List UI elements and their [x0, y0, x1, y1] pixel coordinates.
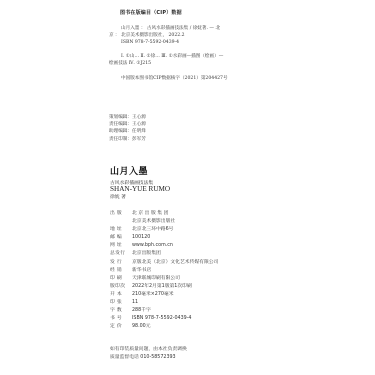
- pub-value: ISBN 978-7-5592-0439-4: [132, 315, 191, 323]
- pub-label: 字 数: [110, 307, 132, 315]
- pub-label: 定 价: [110, 323, 132, 331]
- editor-name: 彭军芳: [132, 137, 146, 142]
- pub-row-format: 开 本 210毫米×270毫米: [110, 291, 218, 299]
- cip-line: 山月入墨 ： 古风水彩插画技法集 / 徐妩著. — 北: [109, 25, 279, 32]
- pub-row-address: 地 址 北京北三环中路6号: [110, 226, 218, 234]
- pub-value: 北京出版集团: [132, 250, 161, 258]
- pub-label: 地 址: [110, 226, 132, 234]
- editor-role: 策划编辑: [109, 115, 127, 120]
- pub-value: 天津联城印刷有限公司: [132, 275, 180, 283]
- editor-row: 策划编辑：王心源: [109, 114, 146, 121]
- pub-value: 新华书店: [132, 267, 151, 275]
- pub-value: 北 京 出 版 集 团: [132, 210, 168, 218]
- pub-label: 总发行: [110, 250, 132, 258]
- pub-row-distributor-general: 总发行 北京出版集团: [110, 250, 218, 258]
- pub-row-price: 定 价 98.00元: [110, 323, 218, 331]
- pub-row-website: 网 址 www.bph.com.cn: [110, 242, 218, 250]
- pub-label: 出 版: [110, 210, 132, 218]
- notice-line: 如有印装质量问题，由本社负责调换: [110, 346, 187, 354]
- pub-row-distributor: 发 行 京版北美（北京）文化艺术传媒有限公司: [110, 259, 218, 267]
- cip-classification: 绘画技法 Ⅳ. ①J215: [109, 60, 279, 67]
- editor-credits: 策划编辑：王心源 责任编辑：王心源 助理编辑：任明烽 责任印制：彭军芳: [109, 114, 146, 143]
- editor-name: 王心源: [132, 122, 146, 127]
- pub-row-publisher: 出 版 北 京 出 版 集 团: [110, 210, 218, 218]
- cip-record: 山月入墨 ： 古风水彩插画技法集 / 徐妩著. — 北 京 ： 北京美术摄影出版…: [109, 25, 279, 67]
- cip-isbn: ISBN 978-7-5592-0439-4: [109, 39, 279, 46]
- pub-value: 100120: [132, 234, 150, 242]
- notice-phone: 质量监督电话 010-58572393: [110, 354, 187, 362]
- pub-row-printer: 印 刷 天津联城印刷有限公司: [110, 275, 218, 283]
- book-title: 山月入墨: [110, 164, 148, 177]
- pub-row-wordcount: 字 数 288千字: [110, 307, 218, 315]
- pub-value: 2022年2月第1版第1次印刷: [132, 283, 192, 291]
- pub-value: 11: [132, 299, 138, 307]
- book-pinyin-title: SHAN-YUE RUMO: [110, 185, 170, 193]
- cip-classification: Ⅰ. ①山… Ⅱ. ①徐… Ⅲ. ①水彩画—插图（绘画）—: [109, 53, 279, 60]
- editor-role: 责任印制: [109, 137, 127, 142]
- copyright-page: 图书在版编目（CIP）数据 山月入墨 ： 古风水彩插画技法集 / 徐妩著. — …: [0, 0, 375, 375]
- pub-label: 版印次: [110, 283, 132, 291]
- pub-row-publisher-sub: 北京美术摄影出版社: [110, 218, 218, 226]
- editor-name: 任明烽: [132, 129, 146, 134]
- pub-label: 邮 编: [110, 234, 132, 242]
- pub-value: 北京北三环中路6号: [132, 226, 173, 234]
- pub-label: 开 本: [110, 291, 132, 299]
- editor-row: 助理编辑：任明烽: [109, 128, 146, 135]
- pub-label: 网 址: [110, 242, 132, 250]
- editor-name: 王心源: [132, 115, 146, 120]
- pub-label: 经 销: [110, 267, 132, 275]
- pub-label: [110, 218, 132, 226]
- editor-role: 助理编辑: [109, 129, 127, 134]
- pub-value: 京版北美（北京）文化艺术传媒有限公司: [132, 259, 218, 267]
- editor-row: 责任印制：彭军芳: [109, 136, 146, 143]
- spacer: [109, 46, 279, 53]
- cip-number: 中国版本图书馆CIP数据核字（2021）第204427号: [121, 75, 228, 81]
- quality-notice: 如有印装质量问题，由本社负责调换 质量监督电话 010-58572393: [110, 346, 187, 362]
- editor-row: 责任编辑：王心源: [109, 121, 146, 128]
- pub-label: 印 刷: [110, 275, 132, 283]
- pub-row-edition: 版印次 2022年2月第1版第1次印刷: [110, 283, 218, 291]
- pub-row-postcode: 邮 编 100120: [110, 234, 218, 242]
- pub-label: 印 张: [110, 299, 132, 307]
- pub-value: 98.00元: [132, 323, 151, 331]
- pub-value: www.bph.com.cn: [132, 242, 173, 250]
- pub-row-seller: 经 销 新华书店: [110, 267, 218, 275]
- publication-info: 出 版 北 京 出 版 集 团 北京美术摄影出版社 地 址 北京北三环中路6号 …: [110, 210, 218, 331]
- pub-value: 210毫米×270毫米: [132, 291, 174, 299]
- editor-role: 责任编辑: [109, 122, 127, 127]
- pub-label: 发 行: [110, 259, 132, 267]
- pub-value: 北京美术摄影出版社: [132, 218, 175, 226]
- pub-row-sheets: 印 张 11: [110, 299, 218, 307]
- cip-heading: 图书在版编目（CIP）数据: [120, 9, 182, 16]
- pub-row-isbn: 书 号 ISBN 978-7-5592-0439-4: [110, 315, 218, 323]
- cip-line: 京 ： 北京美术摄影出版社， 2022.2: [109, 32, 279, 39]
- book-author: 徐妩 著: [110, 193, 126, 200]
- pub-label: 书 号: [110, 315, 132, 323]
- pub-value: 288千字: [132, 307, 151, 315]
